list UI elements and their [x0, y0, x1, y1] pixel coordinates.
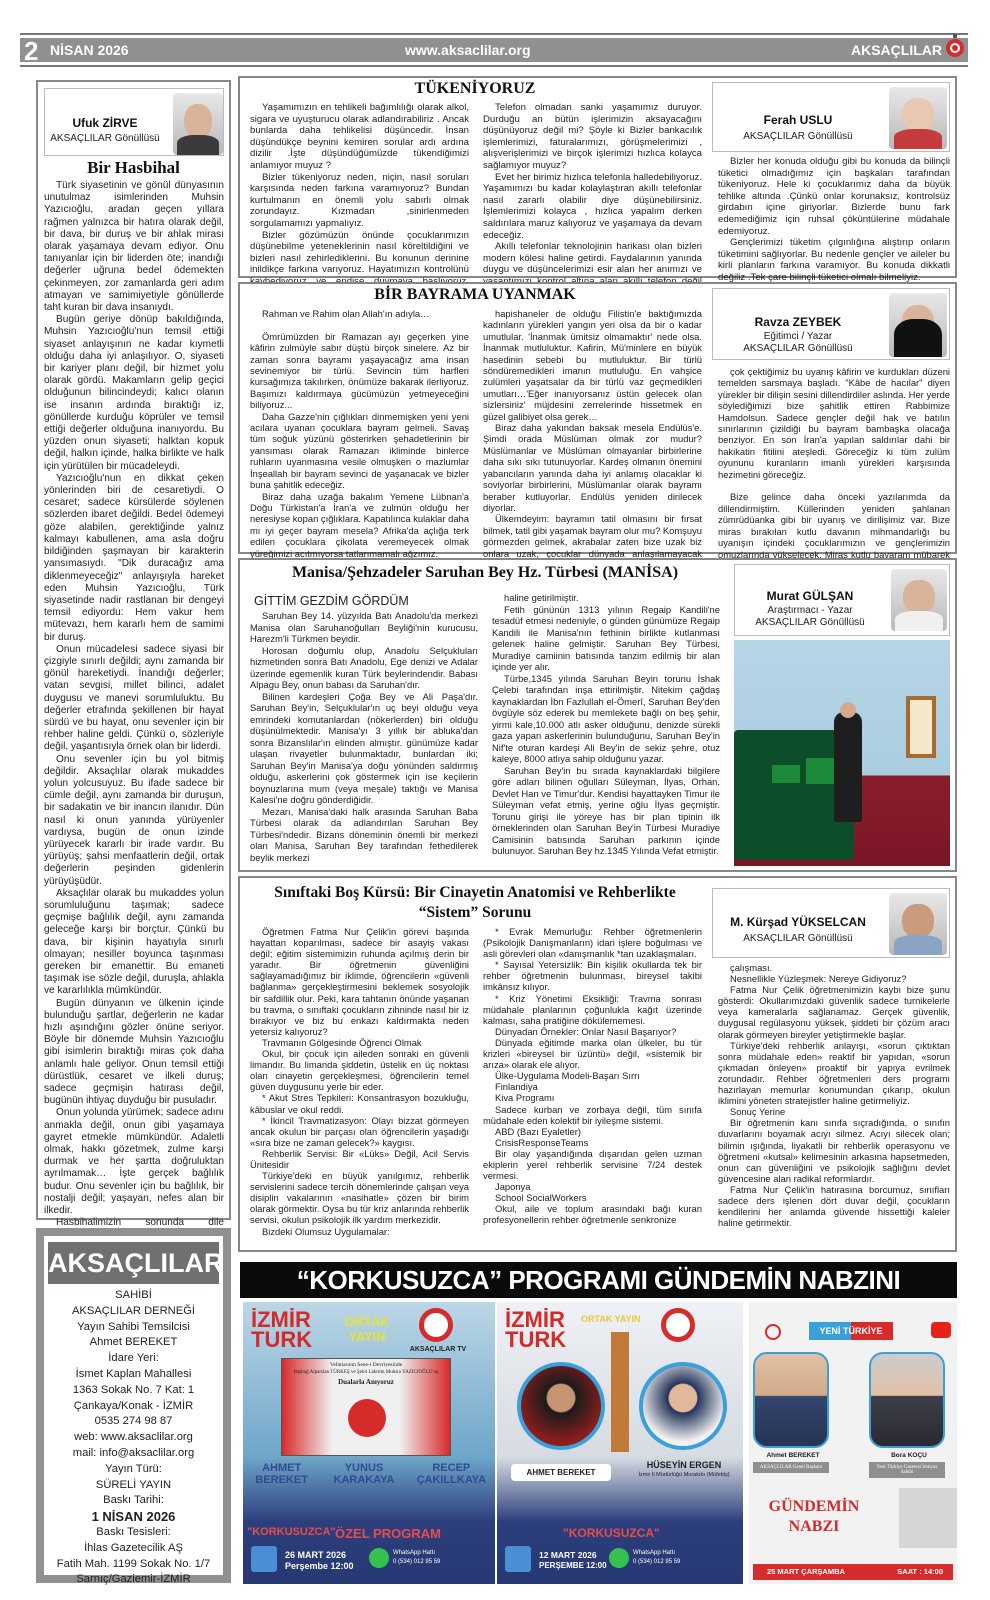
- calendar-icon: [251, 1546, 277, 1572]
- clock-tower: [611, 1332, 629, 1452]
- author-box: Ferah USLU AKSAÇLILAR Gönüllüsü: [712, 82, 950, 152]
- guest-photo-2: [869, 1352, 945, 1448]
- author-role: Eğitimci / Yazar: [713, 331, 883, 342]
- aksaclilar-logo-icon: [944, 33, 966, 59]
- social-links: [899, 1488, 957, 1548]
- guest-photo-1: [517, 1362, 605, 1450]
- article-subtitle: GİTTİM GEZDİM GÖRDÜM: [254, 594, 409, 608]
- article-bayram: BİR BAYRAMA UYANMAK Rahman ve Rahim olan…: [238, 282, 957, 554]
- author-photo: [889, 893, 947, 955]
- author-photo: [173, 93, 223, 155]
- author-box: M. Kürşad YÜKSELCAN AKSAÇLILAR Gönüllüsü: [712, 888, 950, 958]
- article-body: Türk siyasetinin ve gönül dünyasının unu…: [44, 180, 224, 1364]
- article-hasbihal: Ufuk ZİRVE AKSAÇLILAR Gönüllüsü Bir Hasb…: [36, 80, 231, 1220]
- joint-broadcast-label: ORTAK YAYIN: [337, 1314, 397, 1344]
- host-3: RECEP ÇAKILLKAYA: [416, 1462, 486, 1486]
- host-2: YUNUS KARAKAYA: [329, 1462, 399, 1486]
- phone-number: 0535 274 98 87: [44, 1414, 223, 1430]
- tomb-photo: [734, 640, 950, 866]
- author-name: Ravza ZEYBEK: [713, 315, 883, 329]
- joint-broadcast-label: ORTAK YAYIN: [581, 1314, 641, 1324]
- article-body: Yaşamımızın en tehlikeli bağımlılığı ola…: [250, 102, 702, 311]
- article-body-right: Bizler her konuda olduğu gibi bu konuda …: [718, 156, 950, 284]
- author-role: AKSAÇLILAR Gönüllüsü: [45, 133, 165, 144]
- article-body-right: çalışması.Nesnellikle Yüzleşmek: Nereye …: [718, 962, 950, 1228]
- print-date: 1 NİSAN 2026: [44, 1509, 223, 1525]
- article-body: Saruhan Bey 14. yüzyılda Batı Anadolu'da…: [250, 610, 720, 863]
- article-title: BİR BAYRAMA UYANMAK: [240, 286, 710, 304]
- host-1: AHMET BEREKET: [252, 1462, 312, 1486]
- article-tukeniyoruz: TÜKENİYORUZ Yaşamımızın en tehlikeli bağ…: [238, 76, 957, 278]
- author-photo: [889, 293, 947, 357]
- author-name: Ferah USLU: [713, 113, 883, 127]
- ad-gundemin-nabzi: YENİ TÜRKİYE Ahmet BEREKET Bora KOÇU AKS…: [749, 1302, 957, 1584]
- article-title: TÜKENİYORUZ: [240, 80, 710, 98]
- author-role: AKSAÇLILAR Gönüllüsü: [713, 343, 883, 354]
- website-link[interactable]: www.aksaclilar.org: [405, 42, 531, 58]
- author-box: Murat GÜLŞAN Araştırmacı - Yazar AKSAÇLI…: [734, 564, 950, 636]
- imprint-title: AKSAÇLILAR: [48, 1242, 219, 1284]
- article-kursu: Sınıftaki Boş Kürsü: Bir Cinayetin Anato…: [238, 876, 957, 1252]
- author-role: AKSAÇLILAR Gönüllüsü: [735, 617, 885, 628]
- author-name: M. Kürşad YÜKSELCAN: [713, 915, 883, 929]
- memorial-photo: Vefatlarının Sene-i Devriyesinde Başbuğ …: [281, 1358, 451, 1456]
- author-role: AKSAÇLILAR Gönüllüsü: [713, 131, 883, 142]
- author-name: Murat GÜLŞAN: [735, 589, 885, 603]
- ad-ortak-yayin-2: İZMİR TURK ORTAK YAYIN AHMET BEREKET HÜS…: [497, 1302, 743, 1584]
- article-title: Bir Hasbihal: [38, 158, 229, 178]
- imprint-box: AKSAÇLILAR SAHİBİ AKSAÇLILAR DERNEĞİ Yay…: [36, 1228, 231, 1583]
- author-role: Araştırmacı - Yazar: [735, 605, 885, 616]
- guest-photo-1: [753, 1352, 829, 1448]
- header-bar: 2 NİSAN 2026 www.aksaclilar.org AKSAÇLIL…: [20, 38, 968, 62]
- youtube-icon[interactable]: [931, 1322, 951, 1338]
- channel-logo: YENİ TÜRKİYE: [809, 1322, 893, 1340]
- article-body-right: çok çektiğimiz bu uyanış kâfirin ve kurd…: [718, 366, 950, 571]
- aksaclilar-tv-logo-icon: [661, 1308, 695, 1342]
- page-number: 2: [24, 36, 38, 67]
- author-role: AKSAÇLILAR Gönüllüsü: [713, 933, 883, 944]
- author-name: Ufuk ZİRVE: [45, 116, 165, 130]
- article-body: Öğretmen Fatma Nur Çelik'in görevi başın…: [250, 926, 702, 1237]
- article-title: Manisa/Şehzadeler Saruhan Bey Hz. Türbes…: [240, 564, 730, 582]
- aksaclilar-tv-logo-icon: [419, 1308, 453, 1342]
- author-photo: [889, 87, 947, 149]
- article-body: Rahman ve Rahim olan Allah'ın adıyla…Ömr…: [250, 308, 702, 582]
- web-link[interactable]: web: www.aksaclilar.org: [44, 1430, 223, 1446]
- article-manisa: Manisa/Şehzadeler Saruhan Bey Hz. Türbes…: [238, 558, 957, 872]
- calendar-icon: [505, 1546, 531, 1572]
- issue-date: NİSAN 2026: [50, 42, 129, 58]
- date-bar: 25 MART ÇARŞAMBA SAAT : 14:00: [753, 1564, 953, 1580]
- guest-photo-2: [639, 1362, 727, 1450]
- article-title-line1: Sınıftaki Boş Kürsü: Bir Cinayetin Anato…: [240, 884, 710, 902]
- author-box: Ufuk ZİRVE AKSAÇLILAR Gönüllüsü: [44, 88, 224, 156]
- whatsapp-icon: [609, 1548, 629, 1568]
- author-photo: [891, 569, 947, 631]
- ad-ortak-yayin-1: İZMİR TURK ORTAK YAYIN AKSAÇLILAR TV Vef…: [243, 1302, 495, 1584]
- brand-name: AKSAÇLILAR: [851, 42, 942, 58]
- whatsapp-icon: [369, 1548, 389, 1568]
- author-box: Ravza ZEYBEK Eğitimci / Yazar AKSAÇLILAR…: [712, 288, 950, 360]
- article-title-line2: “Sistem” Sorunu: [240, 904, 710, 922]
- korkusuzca-banner: “KORKUSUZCA” PROGRAMI GÜNDEMİN NABZINI T…: [240, 1262, 957, 1298]
- email-link[interactable]: mail: info@aksaclilar.org: [44, 1446, 223, 1462]
- live-icon: [765, 1324, 781, 1340]
- page-header: 2 NİSAN 2026 www.aksaclilar.org AKSAÇLIL…: [20, 33, 968, 67]
